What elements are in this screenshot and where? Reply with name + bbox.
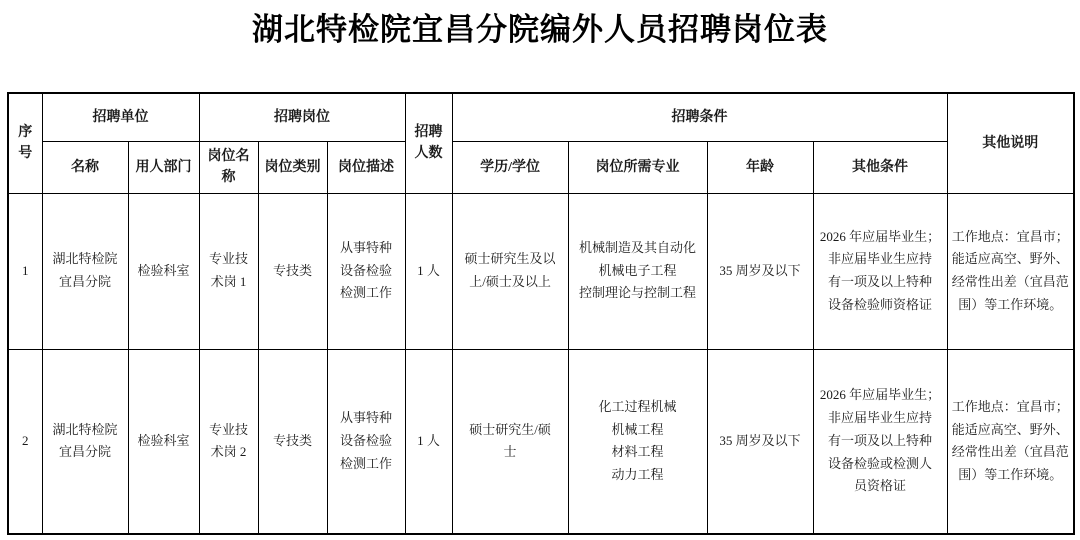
header-recruiting-unit: 招聘单位 bbox=[42, 93, 199, 141]
cell-department: 检验科室 bbox=[128, 193, 199, 349]
table-row: 1 湖北特检院 宜昌分院 检验科室 专业技 术岗 1 专技类 从事特种 设备检验… bbox=[8, 193, 1074, 349]
cell-post-description: 从事特种 设备检验 检测工作 bbox=[327, 193, 405, 349]
cell-post-name: 专业技 术岗 1 bbox=[199, 193, 258, 349]
cell-other-notes: 工作地点：宜昌市； 能适应高空、野外、 经常性出差（宜昌范 围）等工作环境。 bbox=[947, 193, 1074, 349]
header-department: 用人部门 bbox=[128, 141, 199, 193]
cell-required-majors: 机械制造及其自动化 机械电子工程 控制理论与控制工程 bbox=[568, 193, 707, 349]
header-post-name: 岗位名 称 bbox=[199, 141, 258, 193]
cell-age: 35 周岁及以下 bbox=[707, 349, 813, 534]
header-required-majors: 岗位所需专业 bbox=[568, 141, 707, 193]
cell-headcount: 1 人 bbox=[405, 193, 452, 349]
cell-age: 35 周岁及以下 bbox=[707, 193, 813, 349]
cell-post-description: 从事特种 设备检验 检测工作 bbox=[327, 349, 405, 534]
cell-department: 检验科室 bbox=[128, 349, 199, 534]
cell-unit-name: 湖北特检院 宜昌分院 bbox=[42, 349, 128, 534]
cell-post-type: 专技类 bbox=[258, 193, 327, 349]
cell-required-majors: 化工过程机械 机械工程 材料工程 动力工程 bbox=[568, 349, 707, 534]
header-recruiting-conditions: 招聘条件 bbox=[452, 93, 947, 141]
cell-other-conditions: 2026 年应届毕业生； 非应届毕业生应持 有一项及以上特种 设备检验师资格证 bbox=[813, 193, 947, 349]
header-other-conditions: 其他条件 bbox=[813, 141, 947, 193]
table-header-group-row: 序 号 招聘单位 招聘岗位 招聘 人数 招聘条件 其他说明 bbox=[8, 93, 1074, 141]
recruitment-table: 序 号 招聘单位 招聘岗位 招聘 人数 招聘条件 其他说明 名称 用人部门 岗位… bbox=[7, 92, 1075, 535]
header-other-notes: 其他说明 bbox=[947, 93, 1074, 193]
header-age: 年龄 bbox=[707, 141, 813, 193]
cell-other-notes: 工作地点：宜昌市； 能适应高空、野外、 经常性出差（宜昌范 围）等工作环境。 bbox=[947, 349, 1074, 534]
page-title: 湖北特检院宜昌分院编外人员招聘岗位表 bbox=[0, 4, 1080, 49]
header-post-type: 岗位类别 bbox=[258, 141, 327, 193]
cell-post-type: 专技类 bbox=[258, 349, 327, 534]
cell-serial: 1 bbox=[8, 193, 42, 349]
cell-education-degree: 硕士研究生/硕 士 bbox=[452, 349, 568, 534]
header-recruiting-post: 招聘岗位 bbox=[199, 93, 405, 141]
cell-headcount: 1 人 bbox=[405, 349, 452, 534]
cell-education-degree: 硕士研究生及以 上/硕士及以上 bbox=[452, 193, 568, 349]
cell-other-conditions: 2026 年应届毕业生； 非应届毕业生应持 有一项及以上特种 设备检验或检测人 … bbox=[813, 349, 947, 534]
header-headcount: 招聘 人数 bbox=[405, 93, 452, 193]
cell-post-name: 专业技 术岗 2 bbox=[199, 349, 258, 534]
cell-serial: 2 bbox=[8, 349, 42, 534]
header-post-description: 岗位描述 bbox=[327, 141, 405, 193]
table-header-sub-row: 名称 用人部门 岗位名 称 岗位类别 岗位描述 学历/学位 岗位所需专业 年龄 … bbox=[8, 141, 1074, 193]
table-row: 2 湖北特检院 宜昌分院 检验科室 专业技 术岗 2 专技类 从事特种 设备检验… bbox=[8, 349, 1074, 534]
header-serial-number: 序 号 bbox=[8, 93, 42, 193]
header-education-degree: 学历/学位 bbox=[452, 141, 568, 193]
cell-unit-name: 湖北特检院 宜昌分院 bbox=[42, 193, 128, 349]
header-unit-name: 名称 bbox=[42, 141, 128, 193]
